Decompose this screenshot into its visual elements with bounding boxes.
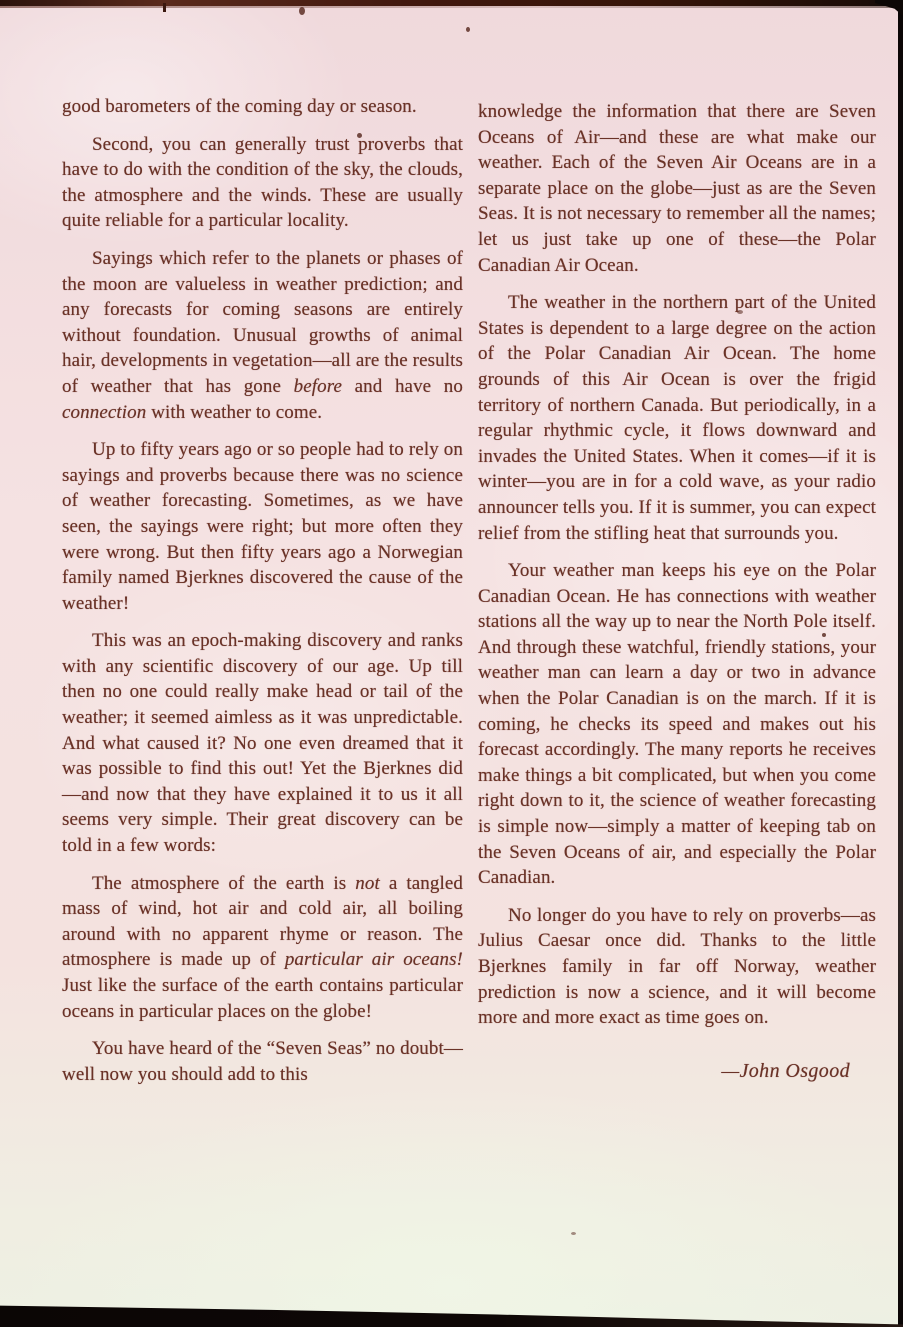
paragraph-segment: The weather in the northern part of the … <box>478 292 876 543</box>
paragraph: Your weather man keeps his eye on the Po… <box>478 558 876 891</box>
paragraph-segment: knowledge the information that there are… <box>478 101 876 276</box>
paragraph: The atmosphere of the earth is not a tan… <box>62 871 463 1025</box>
paragraph: Second, you can generally trust proverbs… <box>62 132 463 234</box>
paragraph-segment: No longer do you have to rely on proverb… <box>478 905 876 1028</box>
paragraph: No longer do you have to rely on proverb… <box>478 903 876 1031</box>
paragraph-segment: Up to fifty years ago or so people had t… <box>62 439 463 614</box>
paragraph-segment-italic: not <box>355 873 380 894</box>
page-edge-top-shadow <box>0 6 903 8</box>
ink-speck <box>571 1232 576 1235</box>
paragraph-segment: with weather to come. <box>146 402 322 423</box>
paragraph-segment: You have heard of the “Seven Seas” no do… <box>62 1038 463 1085</box>
paragraph: knowledge the information that there are… <box>478 99 876 278</box>
paragraph: The weather in the northern part of the … <box>478 290 876 546</box>
paragraph-segment: Your weather man keeps his eye on the Po… <box>478 560 876 888</box>
paragraph-segment-italic: particular air oceans! <box>285 949 463 970</box>
page-edge-tick <box>163 3 166 12</box>
text-column-right: knowledge the information that there are… <box>478 99 876 1084</box>
paragraph-segment-italic: connection <box>62 402 146 423</box>
paragraph: Sayings which refer to the planets or ph… <box>62 246 463 425</box>
text-column-left: good barometers of the coming day or sea… <box>62 94 463 1099</box>
paragraph-segment: and have no <box>342 376 463 397</box>
paragraph: This was an epoch-making discovery and r… <box>62 628 463 858</box>
paragraph: You have heard of the “Seven Seas” no do… <box>62 1036 463 1087</box>
paragraph: good barometers of the coming day or sea… <box>62 94 463 120</box>
paragraph-segment: Just like the surface of the earth conta… <box>62 975 463 1022</box>
paragraph: Up to fifty years ago or so people had t… <box>62 437 463 616</box>
page-edge-right <box>898 0 903 1327</box>
paragraph-segment: Second, you can generally trust proverbs… <box>62 134 463 232</box>
scanned-page: good barometers of the coming day or sea… <box>0 0 903 1327</box>
paragraph-segment: This was an epoch-making discovery and r… <box>62 630 463 856</box>
paragraph-segment: good barometers of the coming day or sea… <box>62 96 417 117</box>
ink-speck <box>466 27 470 32</box>
ink-speck <box>299 7 305 15</box>
paragraph-segment: The atmosphere of the earth is <box>92 873 355 894</box>
author-signature: —John Osgood <box>478 1059 876 1085</box>
paragraph-segment-italic: before <box>294 376 342 397</box>
paragraph-segment: Sayings which refer to the planets or ph… <box>62 248 463 397</box>
